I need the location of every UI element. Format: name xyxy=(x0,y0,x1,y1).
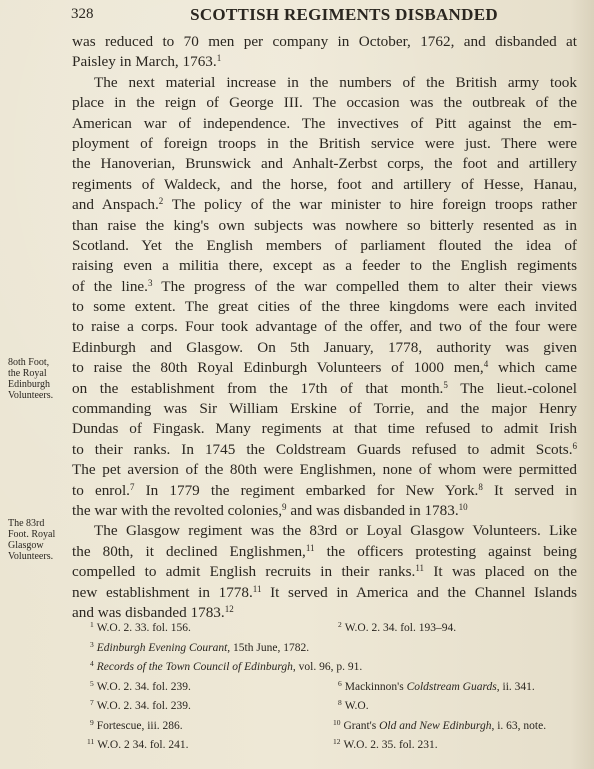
text-line: The pet aversion of the 80th were Englis… xyxy=(72,460,577,480)
footnote-row: 3Edinburgh Evening Courant, 15th June, 1… xyxy=(90,642,580,662)
text-line: Scotland. Yet the English members of par… xyxy=(72,236,577,256)
footnote-6: 6Mackinnon's Coldstream Guards, ii. 341. xyxy=(338,681,535,693)
footnote-ref[interactable]: 11 xyxy=(306,543,315,553)
sidenote-83rd-foot: The 83rd Foot. Royal Glasgow Volunteers. xyxy=(8,518,66,562)
text-line: regiments of Waldeck, and the horse, foo… xyxy=(72,175,577,195)
text-line: the Hanoverian, Brunswick and Anhalt-Zer… xyxy=(72,154,577,174)
text-line: to raise a corps. Four took advantage of… xyxy=(72,317,577,337)
sidenote-80th-foot: 8oth Foot, the Royal Edinburgh Volunteer… xyxy=(8,357,66,401)
text-line: compelled to admit English recruits in t… xyxy=(72,562,577,582)
footnote-5: 5W.O. 2. 34. fol. 239. xyxy=(90,681,191,693)
footnote-row: 11W.O. 2 34. fol. 241. 12W.O. 2. 35. fol… xyxy=(90,739,580,759)
body-text: was reduced to 70 men per company in Oct… xyxy=(72,32,577,623)
footnote-4: 4Records of the Town Council of Edinburg… xyxy=(90,661,362,673)
text-line: and Anspach.2 The policy of the war mini… xyxy=(72,195,577,215)
footnote-3: 3Edinburgh Evening Courant, 15th June, 1… xyxy=(90,642,309,654)
footnote-ref[interactable]: 10 xyxy=(459,502,468,512)
running-title: SCOTTISH REGIMENTS DISBANDED xyxy=(71,5,577,25)
footnote-row: 1W.O. 2. 33. fol. 156. 2W.O. 2. 34. fol.… xyxy=(90,622,580,642)
text-line: American war of independence. The invect… xyxy=(72,114,577,134)
text-line: Edinburgh and Glasgow. On 5th January, 1… xyxy=(72,338,577,358)
footnote-ref[interactable]: 12 xyxy=(225,604,234,614)
footnote-9: 9Fortescue, iii. 286. xyxy=(90,720,183,732)
paragraph-start: The next material increase in the number… xyxy=(72,73,577,93)
book-page: 328 SCOTTISH REGIMENTS DISBANDED was red… xyxy=(0,0,594,769)
footnote-row: 4Records of the Town Council of Edinburg… xyxy=(90,661,580,681)
footnote-8: 8W.O. xyxy=(338,700,369,712)
footnote-row: 7W.O. 2. 34. fol. 239. 8W.O. xyxy=(90,700,580,720)
footnote-10: 10Grant's Old and New Edinburgh, i. 63, … xyxy=(333,720,546,732)
text-line: to their ranks. In 1745 the Coldstream G… xyxy=(72,440,577,460)
text-line: Paisley in March, 1763.1 xyxy=(72,52,577,72)
footnote-2: 2W.O. 2. 34. fol. 193–94. xyxy=(338,622,456,634)
footnote-row: 5W.O. 2. 34. fol. 239. 6Mackinnon's Cold… xyxy=(90,681,580,701)
text-line: Dundas of Fingask. Many regiments at tha… xyxy=(72,419,577,439)
text-line: new establishment in 1778.11 It served i… xyxy=(72,583,577,603)
footnote-12: 12W.O. 2. 35. fol. 231. xyxy=(333,739,438,751)
page-header: 328 SCOTTISH REGIMENTS DISBANDED xyxy=(71,4,577,26)
text-line: the war with the revolted colonies,9 and… xyxy=(72,501,577,521)
footnote-ref[interactable]: 11 xyxy=(415,563,424,573)
text-line: the 80th, it declined Englishmen,11 the … xyxy=(72,542,577,562)
text-line: than raise the king's own subjects was n… xyxy=(72,216,577,236)
footnote-7: 7W.O. 2. 34. fol. 239. xyxy=(90,700,191,712)
text-line: to some extent. The great cities of the … xyxy=(72,297,577,317)
footnote-ref[interactable]: 1 xyxy=(217,53,222,63)
text-line: ployment of foreign troops in the Britis… xyxy=(72,134,577,154)
footnote-ref[interactable]: 6 xyxy=(573,441,578,451)
paragraph-start: The Glasgow regiment was the 83rd or Loy… xyxy=(72,521,577,541)
text-line: to raise the 80th Royal Edinburgh Volunt… xyxy=(72,358,577,378)
text-line: raising even a militia there, except as … xyxy=(72,256,577,276)
text-line: commanding was Sir William Erskine of To… xyxy=(72,399,577,419)
text-line: on the establishment from the 17th of th… xyxy=(72,379,577,399)
footnote-11: 11W.O. 2 34. fol. 241. xyxy=(87,739,189,751)
text-line: of the line.3 The progress of the war co… xyxy=(72,277,577,297)
text-line: and was disbanded 1783.12 xyxy=(72,603,577,623)
text-line: place in the reign of George III. The oc… xyxy=(72,93,577,113)
text-line: to enrol.7 In 1779 the regiment embarked… xyxy=(72,481,577,501)
footnote-1: 1W.O. 2. 33. fol. 156. xyxy=(90,622,191,634)
text-line: was reduced to 70 men per company in Oct… xyxy=(72,32,577,52)
footnotes: 1W.O. 2. 33. fol. 156. 2W.O. 2. 34. fol.… xyxy=(90,622,580,759)
